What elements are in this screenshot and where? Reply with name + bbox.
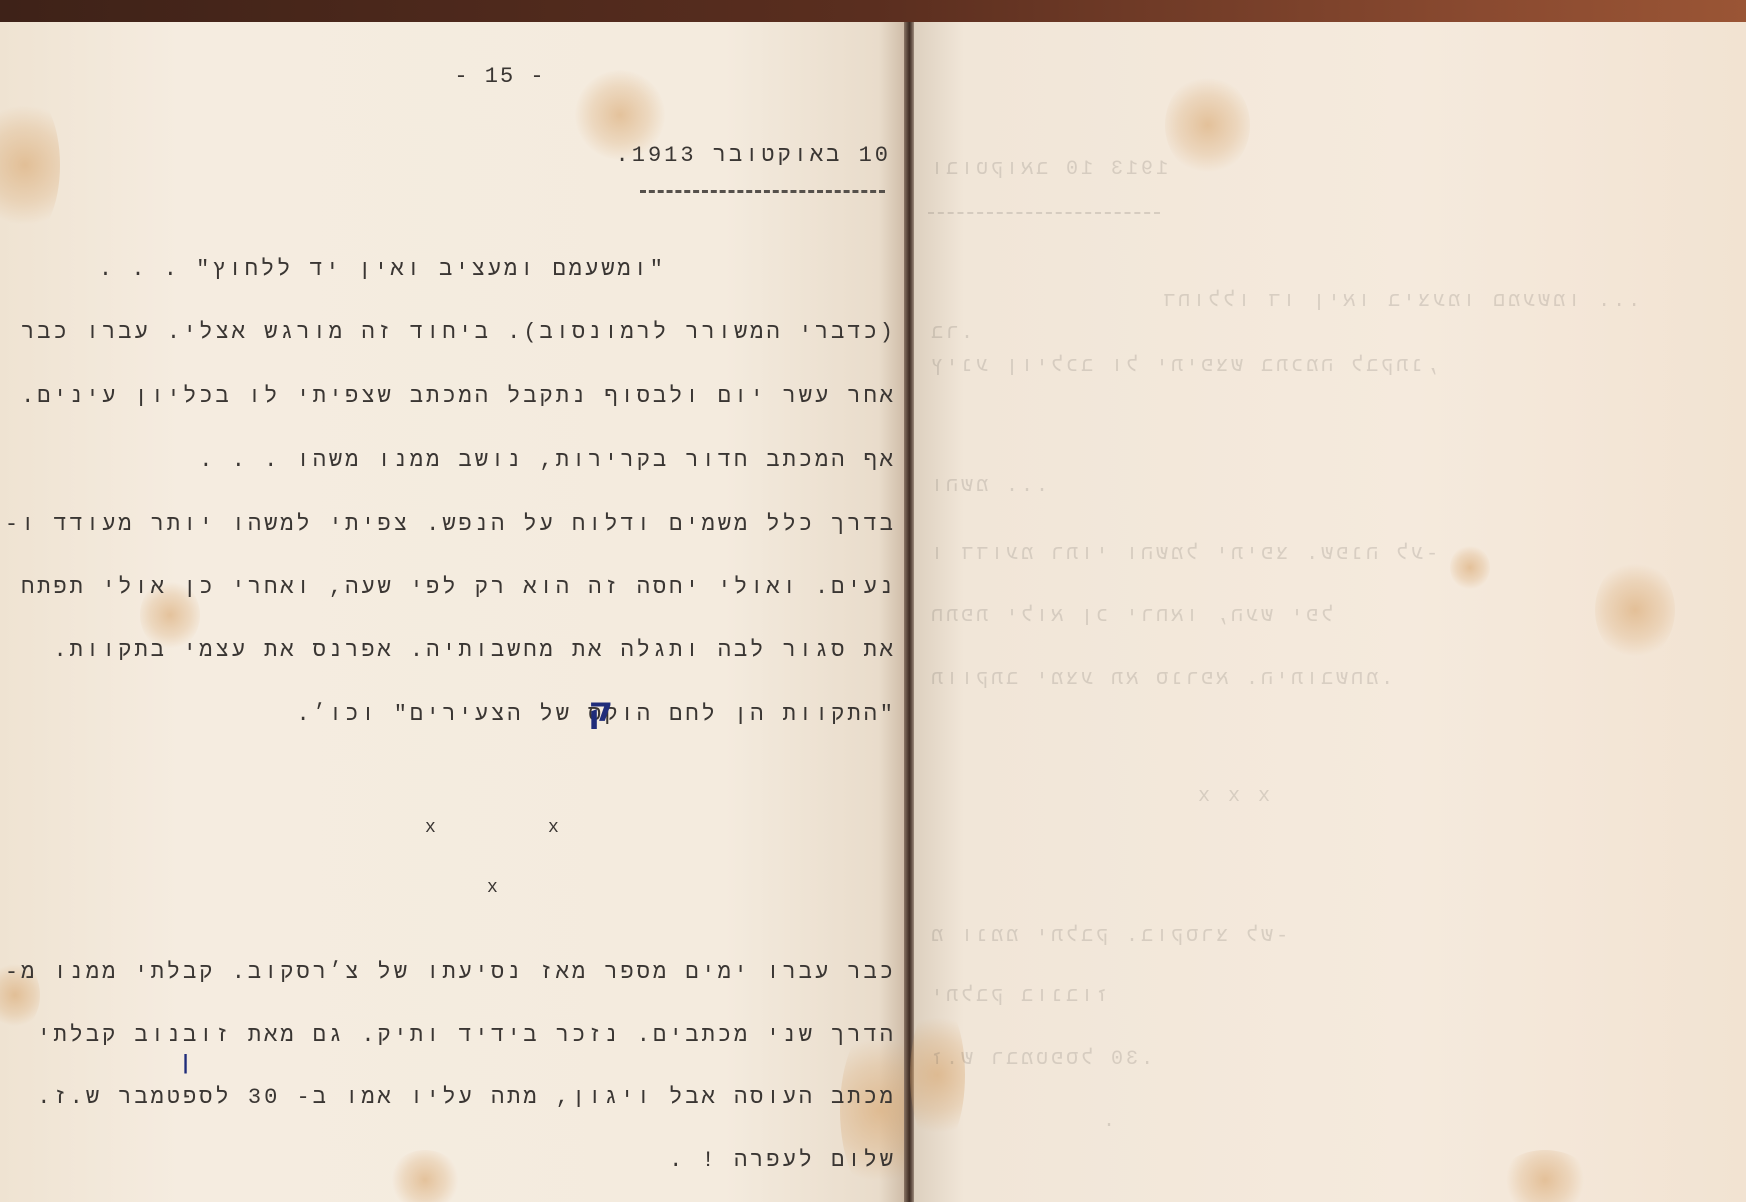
foxing-stain: [1450, 545, 1490, 590]
bleed-through-text: 1913 ובוטקואב 10: [928, 158, 1168, 181]
text-line: (כדברי המשורר לרמונסוב). ביחוד זה מורגש …: [21, 320, 896, 345]
bleed-through-text: יתלבק בונבוז: [928, 985, 1108, 1008]
bleed-through-rule: [928, 212, 1160, 214]
handwritten-correction: ן: [182, 1045, 189, 1075]
page-number: - 15 -: [440, 64, 560, 89]
section-break-mark: x: [425, 818, 436, 838]
section-break-mark: x: [487, 878, 498, 898]
text-line: שלום לעפרה ! .: [669, 1148, 896, 1173]
text-line: את סגור לבה ותגלה את מחשבותיה. אפרנס את …: [53, 638, 896, 663]
foxing-stain: [910, 1000, 965, 1150]
text-line: נעים. ואולי יחסה זה הוא רק לפי שעה, ואחר…: [21, 575, 896, 600]
text-line: כבר עברו ימים מספר מאז נסיעתו של צ׳רסקוב…: [5, 960, 896, 985]
text-line: מכתב העוסה אבל ויגון, מתה עליו אמו ב- 30…: [37, 1085, 896, 1110]
bleed-through-text: -מ ונממ יתלבק .בוקסרצ לש: [928, 925, 1288, 948]
bleed-through-text: חתפת ילוא ןכ ירחאו ,העש יפל: [928, 605, 1333, 628]
text-line: בדרך כלל משמים ודלוח על הנפש. צפיתי למשה…: [5, 512, 896, 537]
handwritten-correction: ק: [588, 690, 613, 730]
foxing-stain: [1500, 1150, 1590, 1202]
text-line: אחר עשר יום ולבסוף נתקבל המכתב שצפיתי לו…: [21, 384, 896, 409]
bleed-through-text: -ו דדועמ רתוי והשמל יתיפצ .שפנה לע: [928, 543, 1438, 566]
section-break-mark: x: [548, 818, 559, 838]
entry-date: 10 באוקטובר 1913.: [616, 143, 891, 168]
text-line: אף המכתב חדור בקרירות, נושב ממנו משהו . …: [199, 448, 896, 473]
foxing-stain: [390, 1150, 460, 1202]
text-line: "ומשעמם ומעציב ואין יד ללחוץ" . . .: [99, 257, 666, 282]
bleed-through-text: .: [1100, 1110, 1115, 1133]
bleed-through-text: ... דחוללו דו ןיאו ביצעמו םמעשמו: [1160, 290, 1640, 313]
bleed-through-text: .בר: [928, 322, 973, 345]
bleed-through-text: x x x: [1195, 785, 1270, 808]
foxing-stain: [1595, 560, 1675, 660]
bleed-through-text: .תווקתב ימצע תא סנרפא .היתובשחמ: [928, 668, 1393, 691]
bleed-through-text: .ז.ש רבמטפסל 30: [928, 1048, 1153, 1071]
date-underline: [640, 190, 885, 193]
text-line: הדרך שני מכתבים. נזכר בידיד ותיק. גם מאת…: [37, 1023, 896, 1048]
bleed-through-text: ,ץינע ןוילכב ול יתיפצש בתכמה לבקתנ: [928, 355, 1438, 378]
foxing-stain: [1165, 75, 1250, 175]
bleed-through-text: ... והשמ: [928, 475, 1048, 498]
